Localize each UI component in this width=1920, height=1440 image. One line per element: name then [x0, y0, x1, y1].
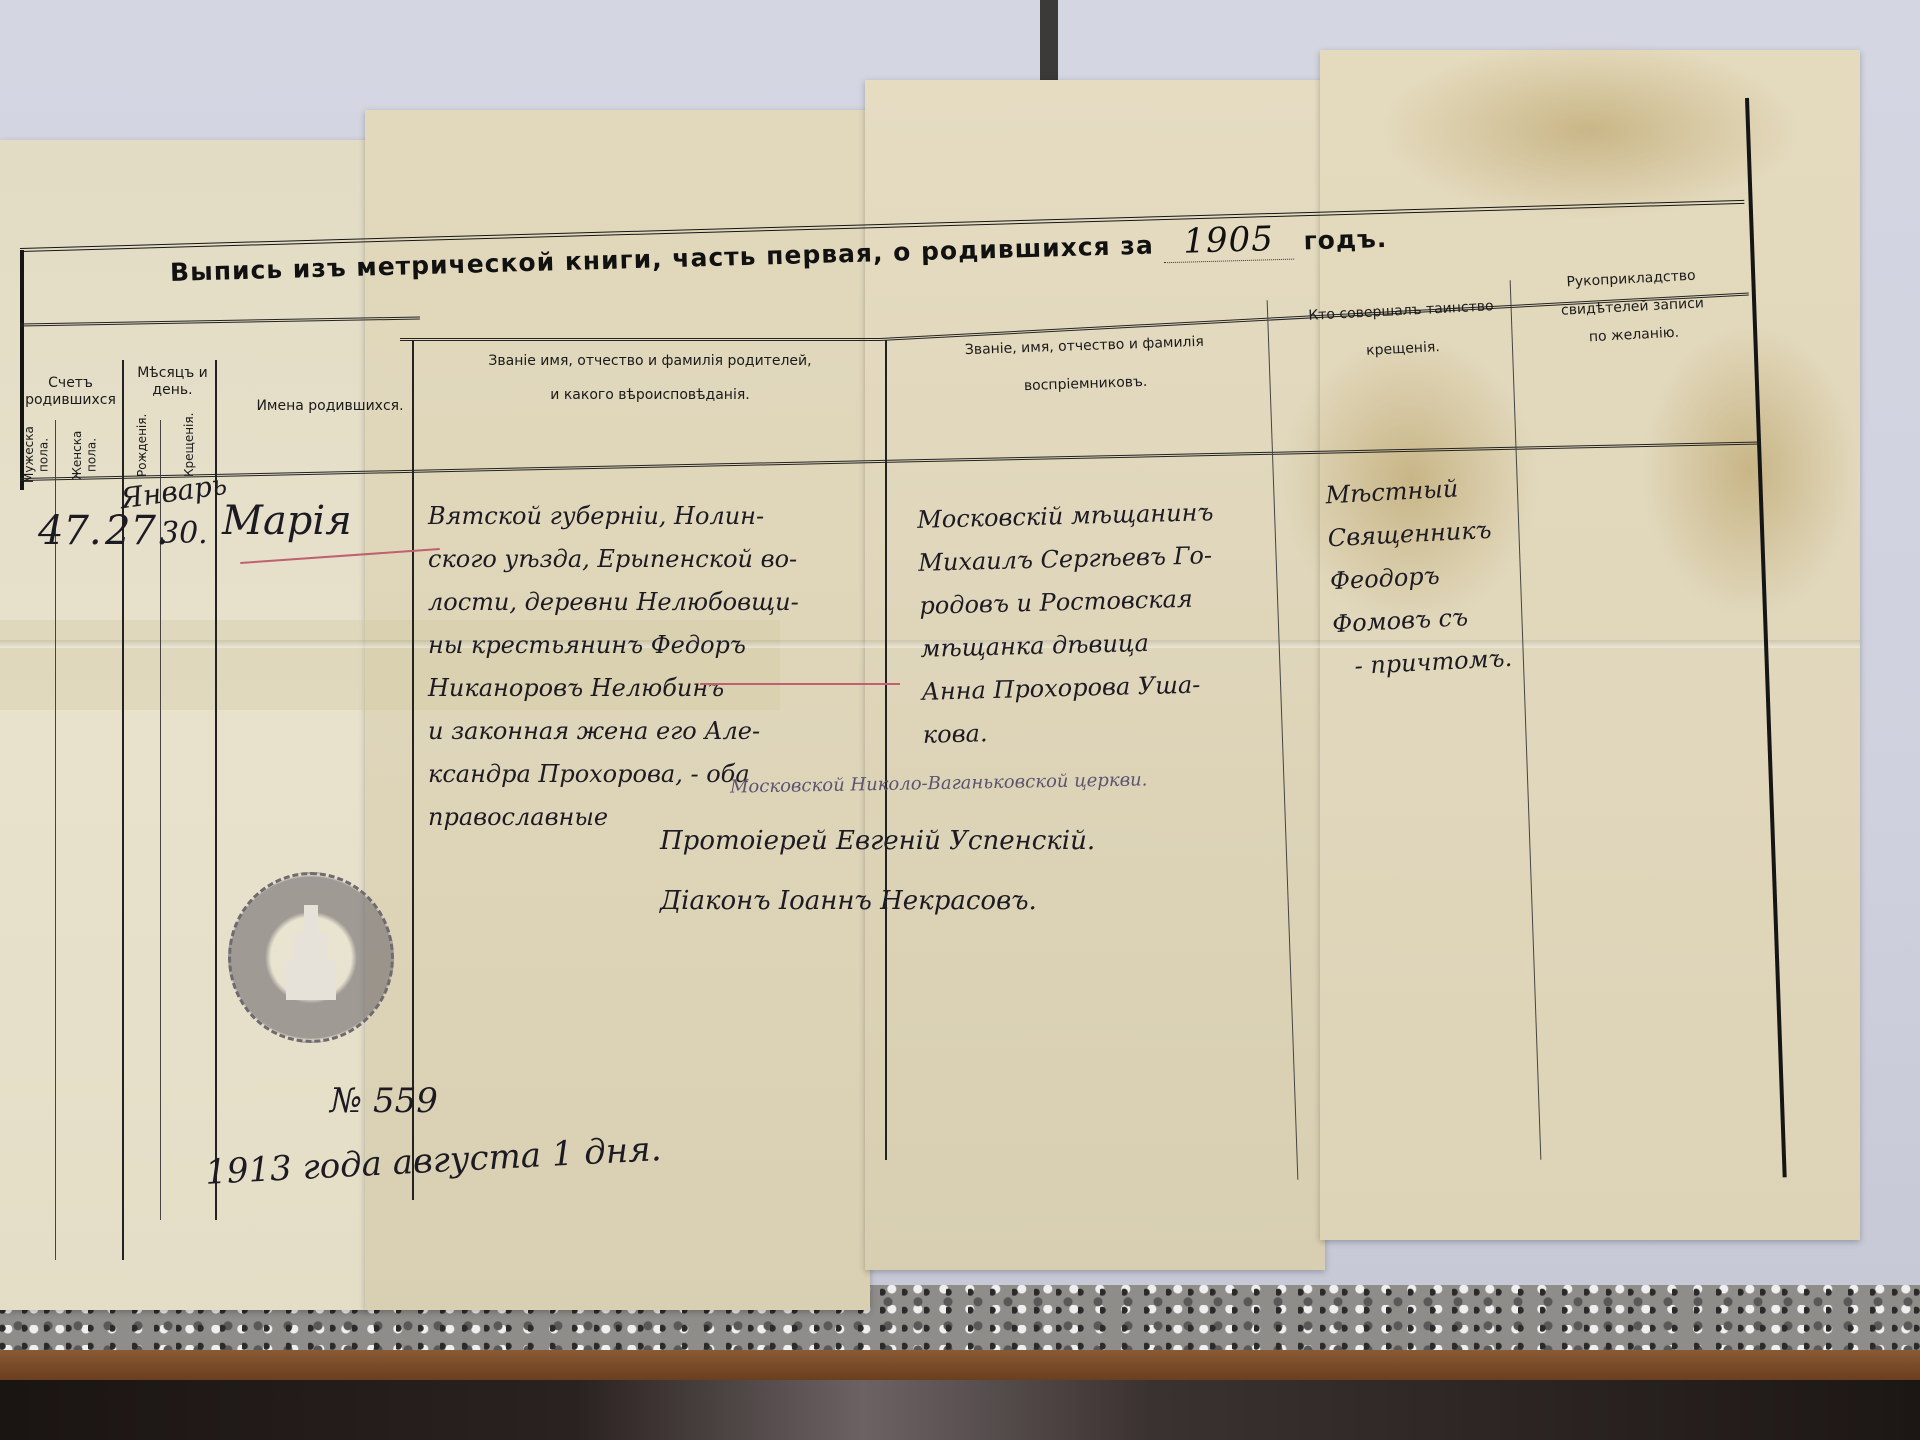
document-number: № 559 — [330, 1080, 438, 1123]
water-stain — [1380, 40, 1800, 220]
parents-line: Вятской губерніи, Нолин- — [428, 495, 799, 538]
parents-line: Никаноровъ Нелюбинъ — [428, 667, 799, 710]
title-suffix: годъ. — [1303, 224, 1387, 255]
column-divider — [885, 340, 887, 1160]
officiant-line: - причтомъ. — [1353, 637, 1519, 689]
church-stamp-text: Московской Николо-Ваганьковской церкви. — [730, 758, 1148, 808]
header-names: Имена родившихся. — [240, 395, 420, 419]
godparents-line: Анна Прохорова Уша- — [921, 663, 1218, 714]
record-year: 1905 — [1163, 219, 1295, 264]
background-gap — [1040, 0, 1058, 80]
parents-line: ны крестьянинъ Федоръ — [428, 624, 799, 667]
godparents-line: кова. — [922, 706, 1219, 757]
header-count-group: Счетъ родившихся — [18, 375, 123, 409]
floor-shadow — [0, 1380, 1920, 1440]
header-officiant: Кто совершалъ таинство крещенія. — [1281, 294, 1524, 368]
record-godparents: Московскій мѣщанинъ Михаилъ Сергѣевъ Го-… — [917, 491, 1220, 757]
signature-deacon: Діаконъ Іоаннъ Некрасовъ. — [660, 880, 1037, 923]
column-divider — [412, 340, 414, 1200]
record-child-name: Марія — [222, 500, 352, 543]
header-date-birth: Рожденія. — [135, 410, 149, 480]
water-stain — [1640, 320, 1860, 620]
header-count-male: Мужеска пола. — [22, 420, 51, 490]
wooden-table-edge — [0, 1350, 1920, 1380]
record-count-female: 47. — [38, 510, 102, 553]
header-date-group: Мѣсяцъ и день. — [130, 365, 215, 399]
parents-line: ского уѣзда, Ерыпенской во- — [428, 538, 799, 581]
header-witnesses: Рукоприкладство свидѣтелей записи по жел… — [1523, 259, 1742, 354]
godparents-line: Михаилъ Сергѣевъ Го- — [918, 534, 1215, 585]
parents-line: лости, деревни Нелюбовщи- — [428, 581, 799, 624]
red-underline — [700, 683, 900, 685]
church-seal — [228, 872, 394, 1043]
header-count-female: Женска пола. — [70, 420, 99, 490]
signature-priest: Протоіерей Евгеній Успенскій. — [660, 820, 1095, 863]
header-top-rule — [400, 338, 880, 341]
church-icon — [286, 905, 336, 1000]
record-baptism-day: 30. — [160, 512, 208, 555]
header-parents: Званіе имя, отчество и фамилія родителей… — [420, 350, 880, 408]
header-parents-line1: Званіе имя, отчество и фамилія родителей… — [420, 350, 880, 374]
godparents-line: Московскій мѣщанинъ — [917, 491, 1214, 542]
record-officiant: Мѣстный Священникъ Феодоръ Фомовъ съ - п… — [1324, 466, 1499, 689]
parents-line: и законная жена его Але- — [428, 710, 799, 753]
header-parents-line2: и какого вѣроисповѣданія. — [420, 384, 880, 408]
